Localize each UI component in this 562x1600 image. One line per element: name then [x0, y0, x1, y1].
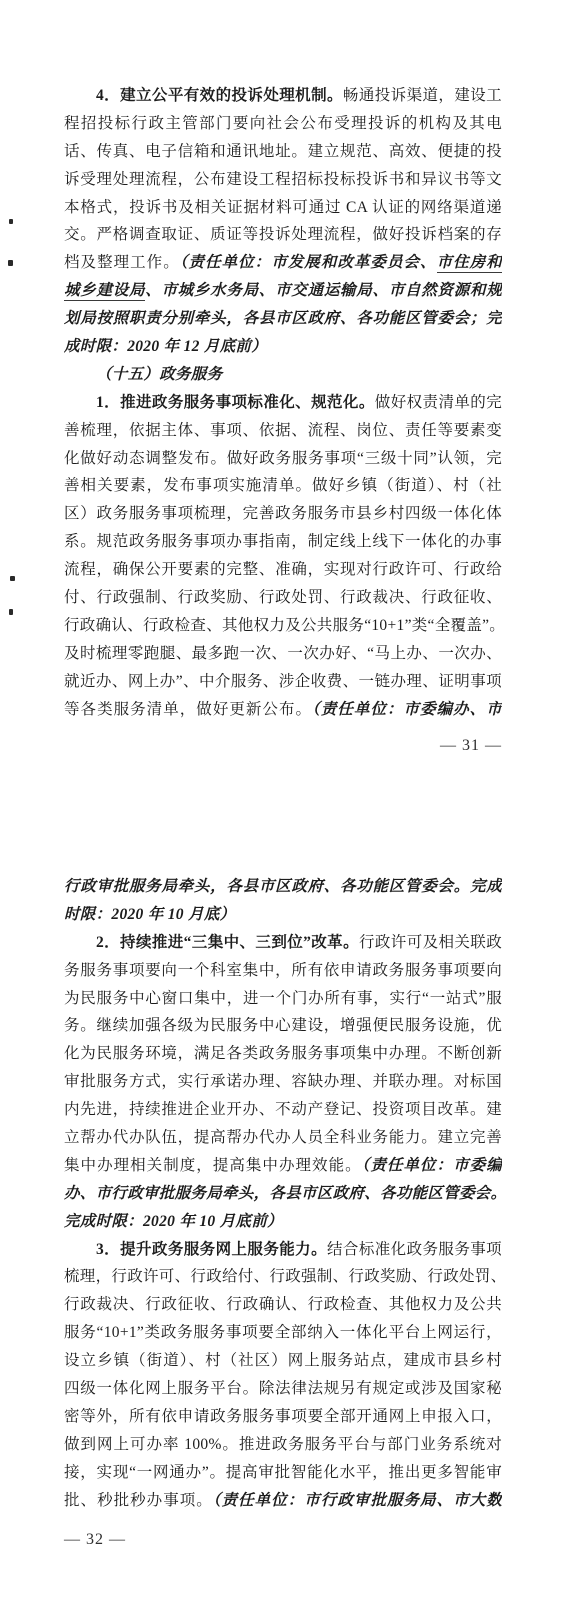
text-line: 行政裁决、行政征收、行政确认、行政检查、其他权力及公共	[64, 1291, 502, 1319]
body-text: 行政确认、行政检查、其他权力及公共服务“10+1”类“全覆盖”。	[64, 617, 502, 634]
page-number-32: — 32 —	[64, 1531, 126, 1549]
responsible-unit-text: 行政审批服务局牵头，各县市区政府、各功能区管委会。完成	[64, 878, 502, 895]
text-line: 系。规范政务服务事项办事指南，制定线上线下一体化的办事	[64, 528, 502, 556]
body-text: 务。继续加强各级为民服务中心建设，增强便民服务设施，优	[64, 1017, 502, 1034]
text-line: 程招投标行政主管部门要向社会公布受理投诉的机构及其电	[64, 110, 502, 138]
text-line: 务。继续加强各级为民服务中心建设，增强便民服务设施，优	[64, 1012, 502, 1040]
text-line: 善梳理，依据主体、事项、依据、流程、岗位、责任等要素变	[64, 417, 502, 445]
text-line: 诉受理处理流程，公布建设工程招标投标投诉书和异议书等文	[64, 166, 502, 194]
body-text: 批、秒批秒办事项。	[64, 1492, 213, 1509]
text-line: 本格式，投诉书及相关证据材料可通过 CA 认证的网络渠道递	[64, 194, 502, 222]
page-32-text-block: 行政审批服务局牵头，各县市区政府、各功能区管委会。完成时限：2020 年 10 …	[64, 873, 502, 1514]
body-text: 密等外，所有依申请政务服务事项要全部开通网上申报入口，	[64, 1408, 502, 1425]
section-heading: （十五）政务服务	[96, 366, 222, 383]
responsible-unit-text: 时限：2020 年 10 月底）	[64, 906, 235, 923]
body-text: 本格式，投诉书及相关证据材料可通过 CA 认证的网络渠道递	[64, 199, 502, 216]
text-line: 及时梳理零跑腿、最多跑一次、一次办好、“马上办、一次办、	[64, 640, 502, 668]
body-text: 立帮办代办队伍，提高帮办代办人员全科业务能力。建立完善	[64, 1129, 502, 1146]
text-line: 化做好动态调整发布。做好政务服务事项“三级十同”认领，完	[64, 445, 502, 473]
responsible-unit-text: （责任单位：市发展和改革委员会、	[180, 254, 437, 271]
responsible-unit-text: （责任单位：市委编办、市	[312, 701, 502, 718]
body-text: 结合标准化政务服务事项	[327, 1241, 502, 1258]
body-text: 话、传真、电子信箱和通讯地址。建立规范、高效、便捷的投	[64, 143, 502, 160]
item-lead-sentence: 1．推进政务服务事项标准化、规范化。	[96, 394, 375, 411]
body-text: 行政许可及相关联政	[359, 934, 502, 951]
page-number-31: — 31 —	[440, 737, 502, 755]
body-text: 设立乡镇（街道）、村（社区）网上服务站点，建成市县乡村	[64, 1352, 502, 1369]
scanned-document: { "document": { "background_color": "#ff…	[0, 0, 562, 1600]
text-line: 流程，确保公开要素的完整、准确，实现对行政许可、行政给	[64, 556, 502, 584]
responsible-unit-text: 市住房和	[437, 254, 502, 273]
body-text: 化为民服务环境，满足各类政务服务事项集中办理。不断创新	[64, 1045, 502, 1062]
body-text: 及时梳理零跑腿、最多跑一次、一次办好、“马上办、一次办、	[64, 645, 502, 662]
body-text: 做到网上可办率 100%。推进政务服务平台与部门业务系统对	[64, 1436, 502, 1453]
text-line: 务服务事项要向一个科室集中，所有依申请政务服务事项要向	[64, 957, 502, 985]
scan-speck	[9, 219, 13, 224]
document-page-32: 行政审批服务局牵头，各县市区政府、各功能区管委会。完成时限：2020 年 10 …	[0, 780, 562, 1600]
text-line: 区）政务服务事项梳理，完善政务服务市县乡村四级一体化体	[64, 500, 502, 528]
body-text: 做好权责清单的完	[375, 394, 502, 411]
text-line: 办、市行政审批服务局牵头，各县市区政府、各功能区管委会。	[64, 1180, 502, 1208]
body-text: 服务“10+1”类政务服务事项要全部纳入一体化平台上网运行，	[64, 1324, 502, 1341]
text-line: 时限：2020 年 10 月底）	[64, 901, 502, 929]
responsible-unit-text: 成时限：2020 年 12 月底前）	[64, 338, 267, 355]
body-text: 档及整理工作。	[64, 254, 180, 271]
body-text: 付、行政强制、行政奖励、行政处罚、行政裁决、行政征收、	[64, 589, 502, 606]
item-lead-sentence: 2．持续推进“三集中、三到位”改革。	[96, 934, 359, 951]
text-line: 四级一体化网上服务平台。除法律法规另有规定或涉及国家秘	[64, 1375, 502, 1403]
body-text: 接，实现“一网通办”。提高审批智能化水平，推出更多智能审	[64, 1464, 502, 1481]
item-lead-sentence: 4．建立公平有效的投诉处理机制。	[96, 87, 343, 104]
text-line: 就近办、网上办”、中介服务、涉企收费、一链办理、证明事项	[64, 668, 502, 696]
body-text: 善梳理，依据主体、事项、依据、流程、岗位、责任等要素变	[64, 422, 502, 439]
body-text: 化做好动态调整发布。做好政务服务事项“三级十同”认领，完	[64, 450, 502, 467]
text-line: 2．持续推进“三集中、三到位”改革。行政许可及相关联政	[64, 929, 502, 957]
text-line: 设立乡镇（街道）、村（社区）网上服务站点，建成市县乡村	[64, 1347, 502, 1375]
text-line: 等各类服务清单，做好更新公布。（责任单位：市委编办、市	[64, 696, 502, 724]
body-text: 流程，确保公开要素的完整、准确，实现对行政许可、行政给	[64, 561, 502, 578]
text-line: 3．提升政务服务网上服务能力。结合标准化政务服务事项	[64, 1236, 502, 1264]
text-line: 行政确认、行政检查、其他权力及公共服务“10+1”类“全覆盖”。	[64, 612, 502, 640]
body-text: 审批服务方式，实行承诺办理、容缺办理、并联办理。对标国	[64, 1073, 502, 1090]
body-text: 等各类服务清单，做好更新公布。	[64, 701, 312, 718]
text-line: 梳理，行政许可、行政给付、行政强制、行政奖励、行政处罚、	[64, 1263, 502, 1291]
scan-speck	[8, 260, 13, 266]
item-lead-sentence: 3．提升政务服务网上服务能力。	[96, 1241, 327, 1258]
body-text: 行政裁决、行政征收、行政确认、行政检查、其他权力及公共	[64, 1296, 502, 1313]
text-line: 划局按照职责分别牵头，各县市区政府、各功能区管委会；完	[64, 305, 502, 333]
body-text: 内先进，持续推进企业开办、不动产登记、投资项目改革。建	[64, 1101, 502, 1118]
text-line: 付、行政强制、行政奖励、行政处罚、行政裁决、行政征收、	[64, 584, 502, 612]
text-line: 化为民服务环境，满足各类政务服务事项集中办理。不断创新	[64, 1040, 502, 1068]
text-line: 服务“10+1”类政务服务事项要全部纳入一体化平台上网运行，	[64, 1319, 502, 1347]
text-line: 内先进，持续推进企业开办、不动产登记、投资项目改革。建	[64, 1096, 502, 1124]
text-line: （十五）政务服务	[64, 361, 502, 389]
document-page-31: 4．建立公平有效的投诉处理机制。畅通投诉渠道，建设工程招投标行政主管部门要向社会…	[0, 0, 562, 780]
body-text: 畅通投诉渠道，建设工	[343, 87, 502, 104]
text-line: 档及整理工作。（责任单位：市发展和改革委员会、市住房和	[64, 249, 502, 277]
page-31-text-block: 4．建立公平有效的投诉处理机制。畅通投诉渠道，建设工程招投标行政主管部门要向社会…	[64, 82, 502, 723]
text-line: 立帮办代办队伍，提高帮办代办人员全科业务能力。建立完善	[64, 1124, 502, 1152]
text-line: 批、秒批秒办事项。（责任单位：市行政审批服务局、市大数	[64, 1487, 502, 1515]
scan-speck	[9, 609, 13, 615]
text-line: 集中办理相关制度，提高集中办理效能。（责任单位：市委编	[64, 1152, 502, 1180]
text-line: 审批服务方式，实行承诺办理、容缺办理、并联办理。对标国	[64, 1068, 502, 1096]
text-line: 行政审批服务局牵头，各县市区政府、各功能区管委会。完成	[64, 873, 502, 901]
responsible-unit-text: 完成时限：2020 年 10 月底前）	[64, 1213, 283, 1230]
body-text: 交。严格调查取证、质证等投诉处理流程，做好投诉档案的存	[64, 226, 502, 243]
responsible-unit-text: （责任单位：市委编	[362, 1157, 502, 1174]
body-text: 为民服务中心窗口集中，进一个门办所有事，实行“一站式”服	[64, 990, 502, 1007]
text-line: 城乡建设局、市城乡水务局、市交通运输局、市自然资源和规	[64, 277, 502, 305]
scan-speck	[10, 576, 15, 581]
body-text: 诉受理处理流程，公布建设工程招标投标投诉书和异议书等文	[64, 171, 502, 188]
text-line: 为民服务中心窗口集中，进一个门办所有事，实行“一站式”服	[64, 985, 502, 1013]
responsible-unit-text: （责任单位：市行政审批服务局、市大数	[213, 1492, 502, 1509]
text-line: 话、传真、电子信箱和通讯地址。建立规范、高效、便捷的投	[64, 138, 502, 166]
responsible-unit-text: 办、市行政审批服务局牵头，各县市区政府、各功能区管委会。	[64, 1185, 502, 1202]
text-line: 完成时限：2020 年 10 月底前）	[64, 1208, 502, 1236]
text-line: 做到网上可办率 100%。推进政务服务平台与部门业务系统对	[64, 1431, 502, 1459]
text-line: 成时限：2020 年 12 月底前）	[64, 333, 502, 361]
body-text: 就近办、网上办”、中介服务、涉企收费、一链办理、证明事项	[64, 673, 502, 690]
body-text: 集中办理相关制度，提高集中办理效能。	[64, 1157, 362, 1174]
body-text: 系。规范政务服务事项办事指南，制定线上线下一体化的办事	[64, 533, 502, 550]
text-line: 4．建立公平有效的投诉处理机制。畅通投诉渠道，建设工	[64, 82, 502, 110]
body-text: 程招投标行政主管部门要向社会公布受理投诉的机构及其电	[64, 115, 502, 132]
body-text: 区）政务服务事项梳理，完善政务服务市县乡村四级一体化体	[64, 505, 502, 522]
responsible-unit-text: 城乡建设局	[64, 282, 145, 301]
responsible-unit-text: 划局按照职责分别牵头，各县市区政府、各功能区管委会；完	[64, 310, 502, 327]
body-text: 善相关要素，发布事项实施清单。做好乡镇（街道）、村（社	[64, 477, 502, 494]
body-text: 四级一体化网上服务平台。除法律法规另有规定或涉及国家秘	[64, 1380, 502, 1397]
text-line: 密等外，所有依申请政务服务事项要全部开通网上申报入口，	[64, 1403, 502, 1431]
body-text: 梳理，行政许可、行政给付、行政强制、行政奖励、行政处罚、	[64, 1268, 502, 1285]
body-text: 务服务事项要向一个科室集中，所有依申请政务服务事项要向	[64, 962, 502, 979]
text-line: 1．推进政务服务事项标准化、规范化。做好权责清单的完	[64, 389, 502, 417]
text-line: 交。严格调查取证、质证等投诉处理流程，做好投诉档案的存	[64, 221, 502, 249]
text-line: 接，实现“一网通办”。提高审批智能化水平，推出更多智能审	[64, 1459, 502, 1487]
responsible-unit-text: 、市城乡水务局、市交通运输局、市自然资源和规	[145, 282, 502, 299]
text-line: 善相关要素，发布事项实施清单。做好乡镇（街道）、村（社	[64, 472, 502, 500]
